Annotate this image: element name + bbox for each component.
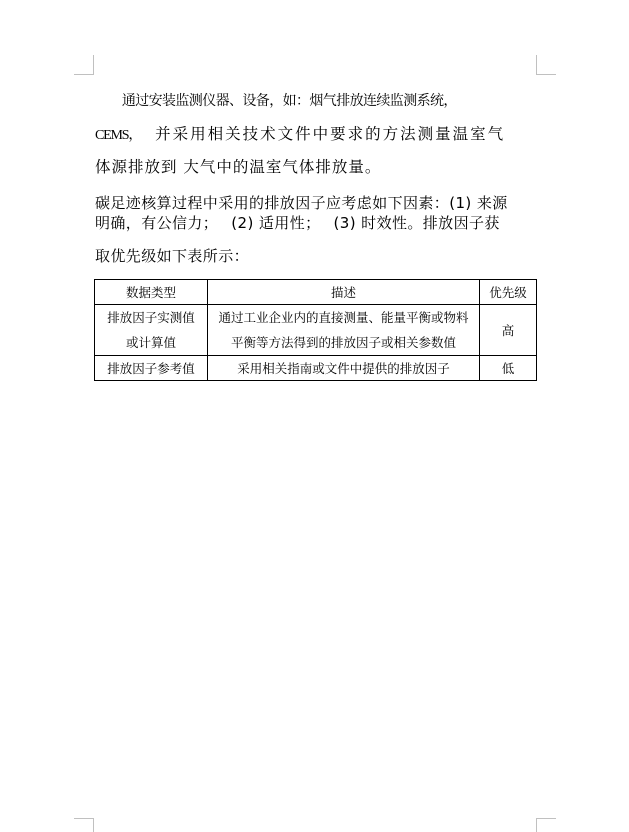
paragraph-emission: 体源排放到 大气中的温室气体排放量。 — [95, 157, 381, 177]
table-row: 排放因子参考值 采用相关指南或文件中提供的排放因子 低 — [95, 356, 537, 381]
corner-mark-top-left-h — [74, 74, 94, 75]
paragraph-cems-intro: 通过安装监测仪器、设备，如：烟气排放连续监测系统， — [95, 91, 457, 111]
emission-factor-priority-table: 数据类型 描述 优先级 排放因子实测值 或计算值 通过工业企业内的直接测量、能量… — [94, 279, 537, 381]
paragraph-table-intro: 取优先级如下表所示： — [95, 246, 249, 266]
table-header-row: 数据类型 描述 优先级 — [95, 280, 537, 305]
corner-mark-top-right-v — [536, 55, 537, 75]
corner-mark-bottom-left-h — [74, 818, 94, 819]
corner-mark-bottom-left-v — [93, 818, 94, 832]
cems-abbrev: CEMS， — [95, 128, 141, 143]
table-row: 排放因子实测值 或计算值 通过工业企业内的直接测量、能量平衡或物料 平衡等方法得… — [95, 305, 537, 356]
cell-priority: 低 — [480, 356, 537, 381]
header-data-type: 数据类型 — [95, 280, 208, 305]
cell-description: 通过工业企业内的直接测量、能量平衡或物料 平衡等方法得到的排放因子或相关参数值 — [208, 305, 480, 356]
corner-mark-top-left-v — [93, 55, 94, 75]
header-description: 描述 — [208, 280, 480, 305]
paragraph-factors-line1: 碳足迹核算过程中采用的排放因子应考虑如下因素：(1) 来源 — [95, 193, 508, 213]
cell-priority: 高 — [480, 305, 537, 356]
cell-data-type: 排放因子参考值 — [95, 356, 208, 381]
paragraph-cems-method: CEMS，并采用相关技术文件中要求的方法测量温室气 — [95, 124, 505, 146]
corner-mark-top-right-h — [536, 74, 556, 75]
cell-data-type: 排放因子实测值 或计算值 — [95, 305, 208, 356]
indent — [95, 93, 122, 109]
paragraph-factors-line2: 明确，有公信力； (2) 适用性； (3) 时效性。排放因子获 — [95, 213, 500, 233]
corner-mark-bottom-right-v — [536, 818, 537, 832]
header-priority: 优先级 — [480, 280, 537, 305]
cell-description: 采用相关指南或文件中提供的排放因子 — [208, 356, 480, 381]
corner-mark-bottom-right-h — [536, 818, 556, 819]
